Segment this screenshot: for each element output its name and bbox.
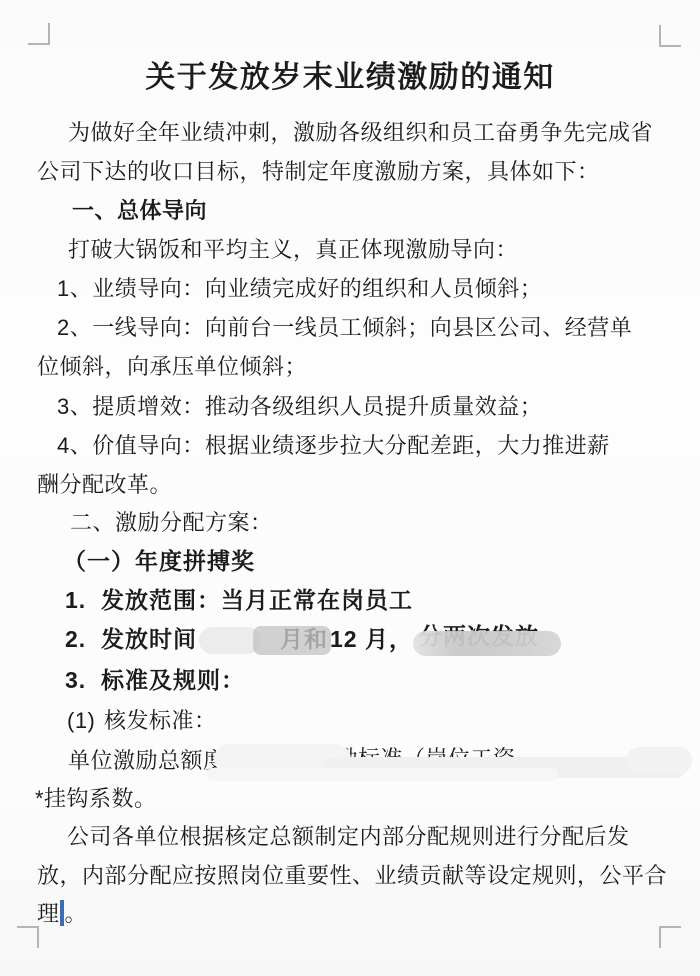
doc-line-formula: 单位激励总额度励标准（岗位工资: [68, 744, 694, 776]
close-punct: 。: [65, 901, 88, 926]
margin-corner-mark-top-left: [28, 23, 50, 45]
redacted-zone: 月和: [197, 624, 330, 654]
doc-line-item1: 1、业绩导向：向业绩完成好的组织和人员倾斜；: [57, 274, 542, 306]
document-title: 关于发放岁末业绩激励的通知: [0, 52, 700, 96]
close-text: 理: [37, 901, 60, 926]
doc-line-item4-1: 4、价值导向：根据业绩逐步拉大分配差距，大力推进薪: [57, 431, 610, 463]
redaction-smudge: [199, 627, 261, 654]
doc-line-item3: 3、提质增效：推动各级组织人员提升质量效益；: [57, 392, 542, 424]
doc-line-standard: (1)核发标准：: [67, 706, 217, 738]
redaction-smudge: [413, 631, 561, 656]
doc-line-item4-2: 酬分配改革。: [37, 470, 172, 502]
redaction-smudge: [253, 626, 331, 655]
doc-line-guide: 打破大锅饭和平均主义，真正体现激励导向：: [68, 235, 518, 267]
section-heading-1: 一、总体导向: [72, 196, 207, 228]
doc-line-close-2: 放，内部分配应按照岗位重要性、业绩贡献等设定规则，公平合: [37, 861, 667, 893]
list-number: (1): [67, 706, 104, 736]
redacted-zone: 励标准（岗位工资: [226, 744, 694, 776]
rules-text: 标准及规则：: [101, 667, 245, 693]
list-number: 3.: [65, 665, 101, 695]
standard-text: 核发标准：: [104, 708, 217, 733]
redaction-smudge: [626, 747, 692, 774]
doc-line-intro-1: 为做好全年业绩冲刺，激励各级组织和员工奋勇争先完成省: [68, 118, 653, 150]
document-page[interactable]: 关于发放岁末业绩激励的通知 为做好全年业绩冲刺，激励各级组织和员工奋勇争先完成省…: [0, 0, 700, 976]
list-number: 2.: [65, 624, 101, 654]
redaction-smudge: [206, 768, 558, 781]
margin-corner-mark-top-right: [659, 25, 681, 47]
doc-line-rules: 3.标准及规则：: [65, 665, 245, 697]
doc-line-intro-2: 公司下达的收口目标，特制定年度激励方案，具体如下：: [37, 157, 600, 189]
doc-line-scope: 1.发放范围：当月正常在岗员工: [65, 585, 413, 617]
section-heading-2: 二、激励分配方案：: [70, 508, 273, 540]
formula-label: 单位激励总额度: [68, 748, 226, 773]
margin-corner-mark-bottom-left: [17, 926, 39, 948]
margin-corner-mark-bottom-right: [659, 926, 681, 948]
doc-line-item2-1: 2、一线导向：向前台一线员工倾斜；向县区公司、经营单: [57, 313, 632, 345]
redacted-zone: 分两次发放: [413, 624, 563, 654]
doc-line-close-3: 理。: [37, 899, 87, 931]
time-visible-text: 12 月，: [330, 626, 413, 652]
doc-line-time: 2.发放时间月和12 月，分两次发放: [65, 624, 563, 656]
doc-line-close-1: 公司各单位根据核定总额制定内部分配规则进行分配后发: [67, 822, 630, 854]
time-label: 发放时间: [101, 626, 197, 652]
list-number: 1.: [65, 585, 101, 615]
text-cursor: [60, 900, 64, 926]
doc-line-formula-2: *挂钩系数。: [35, 784, 157, 816]
doc-line-item2-2: 位倾斜，向承压单位倾斜；: [37, 352, 307, 384]
scope-text: 发放范围：当月正常在岗员工: [101, 587, 413, 613]
subsection-heading-2-1: （一）年度拼搏奖: [63, 546, 255, 578]
